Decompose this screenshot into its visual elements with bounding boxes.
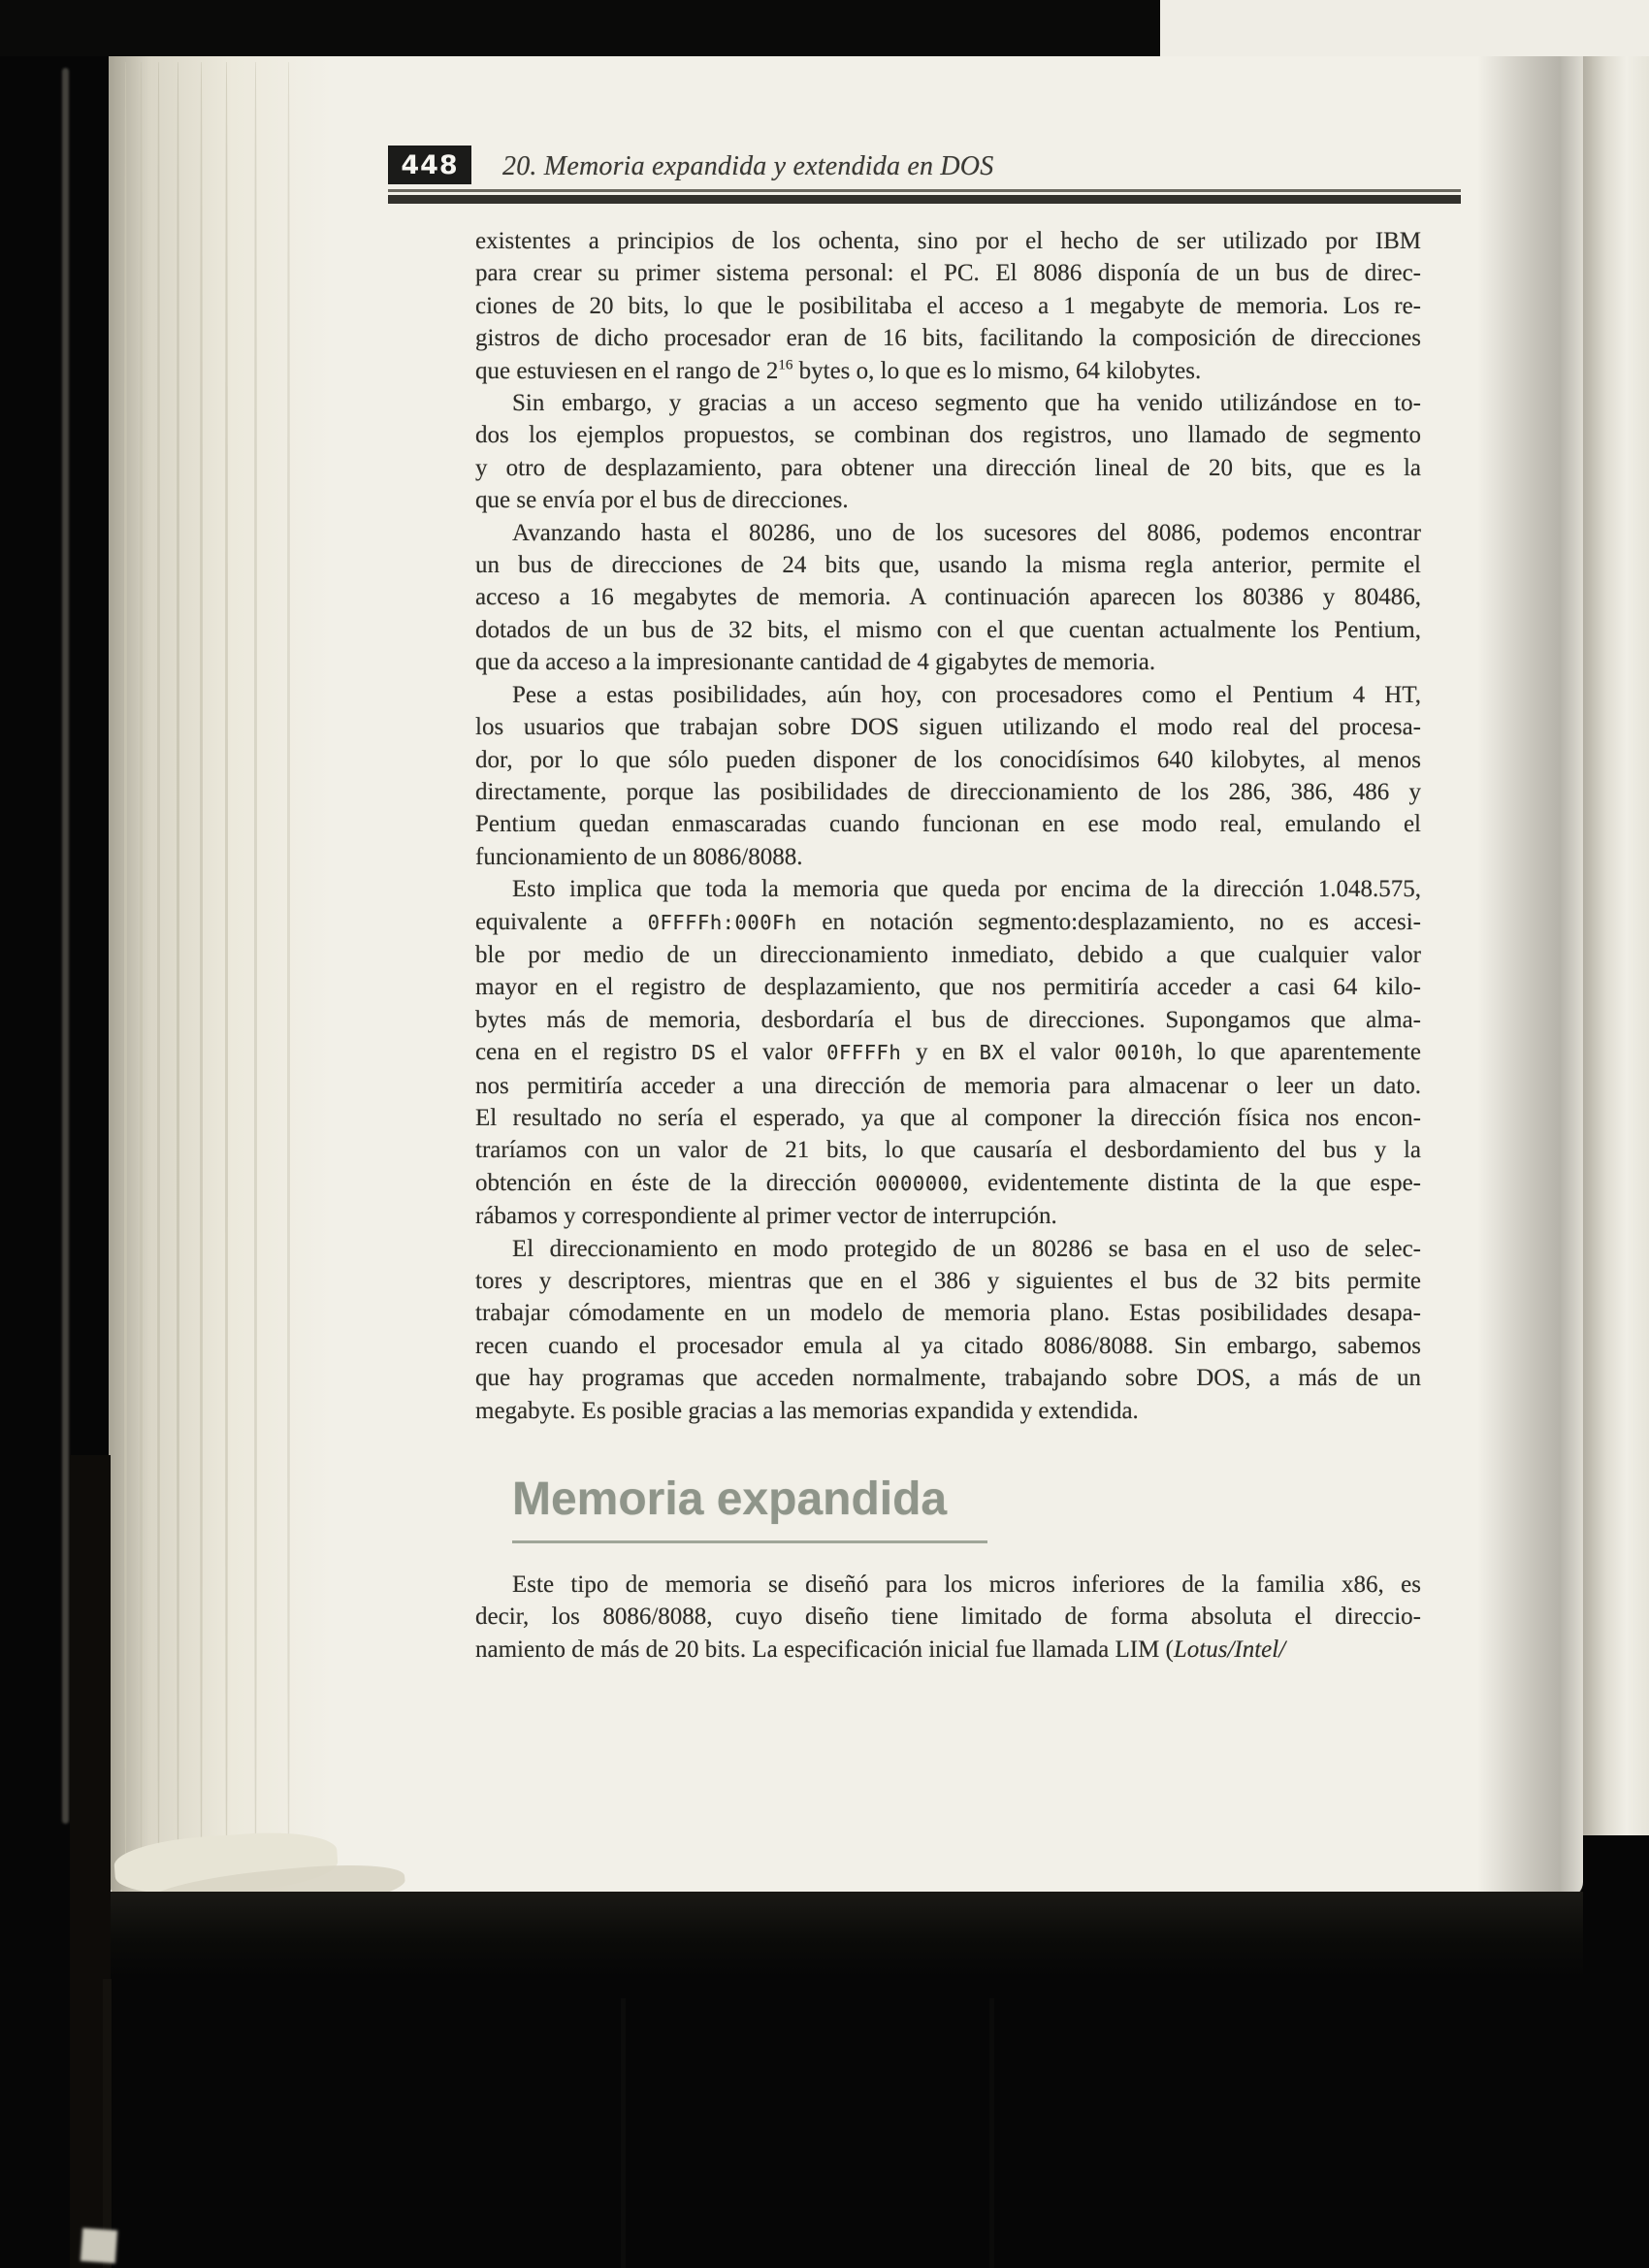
page-edge-line bbox=[200, 62, 203, 1884]
page-edge-line bbox=[124, 62, 127, 1884]
page-edge-line bbox=[287, 62, 290, 1884]
scan-edge-glint bbox=[62, 68, 69, 1824]
page-edge-line bbox=[225, 62, 228, 1884]
page-edge-stack bbox=[109, 54, 334, 1897]
text-line: Pese a estas posibilidades, aún hoy, con… bbox=[475, 679, 1421, 711]
body-text-after-heading: Este tipo de memoria se diseñó para los … bbox=[475, 1569, 1421, 1666]
scan-photo: { "scan": { "badge": { "number": "448" }… bbox=[0, 0, 1649, 2268]
text-line: nos permitiría acceder a una dirección d… bbox=[475, 1070, 1421, 1102]
running-header: 20. Memoria expandida y extendida en DOS bbox=[502, 151, 1375, 182]
text-line: que estuviesen en el rango de 216 bytes … bbox=[475, 355, 1421, 387]
text-line: ble por medio de un direccionamiento inm… bbox=[475, 939, 1421, 971]
page-edge-line bbox=[177, 62, 179, 1884]
text-line: dor, por lo que sólo pueden disponer de … bbox=[475, 744, 1421, 776]
header-rule-thin bbox=[388, 189, 1461, 192]
text-line: El direccionamiento en modo protegido de… bbox=[475, 1233, 1421, 1265]
text-line: un bus de direcciones de 24 bits que, us… bbox=[475, 549, 1421, 581]
facing-page-strip bbox=[1583, 0, 1649, 1835]
page-edge-line bbox=[140, 62, 143, 1884]
text-line: trabajar cómodamente en un modelo de mem… bbox=[475, 1297, 1421, 1329]
text-line: dos los ejemplos propuestos, se combinan… bbox=[475, 419, 1421, 451]
text-line: que da acceso a la impresionante cantida… bbox=[475, 646, 1421, 678]
text-line: equivalente a 0FFFFh:000Fh en notación s… bbox=[475, 906, 1421, 939]
text-line: decir, los 8086/8088, cuyo diseño tiene … bbox=[475, 1601, 1421, 1633]
text-line: Este tipo de memoria se diseñó para los … bbox=[475, 1569, 1421, 1601]
paragraph: El direccionamiento en modo protegido de… bbox=[475, 1233, 1421, 1427]
text-line: ciones de 20 bits, lo que le posibilitab… bbox=[475, 290, 1421, 322]
paragraph: Este tipo de memoria se diseñó para los … bbox=[475, 1569, 1421, 1666]
page-top-margin bbox=[1160, 0, 1649, 56]
text-line: que se envía por el bus de direcciones. bbox=[475, 484, 1421, 516]
text-line: traríamos con un valor de 21 bits, lo qu… bbox=[475, 1134, 1421, 1166]
text-line: Avanzando hasta el 80286, uno de los suc… bbox=[475, 517, 1421, 549]
paragraph: Avanzando hasta el 80286, uno de los suc… bbox=[475, 517, 1421, 679]
text-line: El resultado no sería el esperado, ya qu… bbox=[475, 1102, 1421, 1134]
text-line: bytes más de memoria, desbordaría el bus… bbox=[475, 1004, 1421, 1036]
text-line: recen cuando el procesador emula al ya c… bbox=[475, 1330, 1421, 1362]
paragraph: Pese a estas posibilidades, aún hoy, con… bbox=[475, 679, 1421, 873]
text-line: gistros de dicho procesador eran de 16 b… bbox=[475, 322, 1421, 354]
text-line: acceso a 16 megabytes de memoria. A cont… bbox=[475, 581, 1421, 613]
text-line: megabyte. Es posible gracias a las memor… bbox=[475, 1395, 1421, 1427]
text-line: obtención en éste de la dirección 000000… bbox=[475, 1167, 1421, 1200]
scan-artifact-line bbox=[103, 1979, 112, 2268]
text-line: Sin embargo, y gracias a un acceso segme… bbox=[475, 387, 1421, 419]
text-line: existentes a principios de los ochenta, … bbox=[475, 225, 1421, 257]
section-heading-underline bbox=[512, 1540, 987, 1543]
text-line: namiento de más de 20 bits. La especific… bbox=[475, 1634, 1421, 1666]
text-line: directamente, porque las posibilidades d… bbox=[475, 776, 1421, 808]
scan-artifact-sliver bbox=[81, 2228, 117, 2263]
text-line: los usuarios que trabajan sobre DOS sigu… bbox=[475, 711, 1421, 743]
page-bottom-shadow bbox=[109, 1892, 1583, 1979]
section-heading: Memoria expandida bbox=[512, 1476, 947, 1523]
text-line: dotados de un bus de 32 bits, el mismo c… bbox=[475, 614, 1421, 646]
page-number: 448 bbox=[401, 150, 458, 180]
text-line: y otro de desplazamiento, para obtener u… bbox=[475, 452, 1421, 484]
page-edge-line bbox=[157, 62, 160, 1884]
header-rule-thick bbox=[388, 195, 1461, 204]
text-line: Pentium quedan enmascaradas cuando funci… bbox=[475, 808, 1421, 840]
text-line: rábamos y correspondiente al primer vect… bbox=[475, 1200, 1421, 1232]
text-line: mayor en el registro de desplazamiento, … bbox=[475, 971, 1421, 1003]
paragraph: existentes a principios de los ochenta, … bbox=[475, 225, 1421, 387]
page-edge-line bbox=[254, 62, 257, 1884]
text-line: tores y descriptores, mientras que en el… bbox=[475, 1265, 1421, 1297]
paragraph: Esto implica que toda la memoria que que… bbox=[475, 873, 1421, 1232]
text-line: cena en el registro DS el valor 0FFFFh y… bbox=[475, 1036, 1421, 1069]
text-line: que hay programas que acceden normalment… bbox=[475, 1362, 1421, 1394]
scanner-lid-bar bbox=[0, 0, 1160, 56]
text-line: funcionamiento de un 8086/8088. bbox=[475, 841, 1421, 873]
body-text: existentes a principios de los ochenta, … bbox=[475, 225, 1421, 1427]
paragraph: Sin embargo, y gracias a un acceso segme… bbox=[475, 387, 1421, 517]
scan-artifact-line bbox=[989, 1998, 994, 2268]
text-line: para crear su primer sistema personal: e… bbox=[475, 257, 1421, 289]
page-number-badge: 448 bbox=[388, 146, 471, 184]
text-line: Esto implica que toda la memoria que que… bbox=[475, 873, 1421, 905]
scan-artifact-line bbox=[621, 1998, 626, 2268]
